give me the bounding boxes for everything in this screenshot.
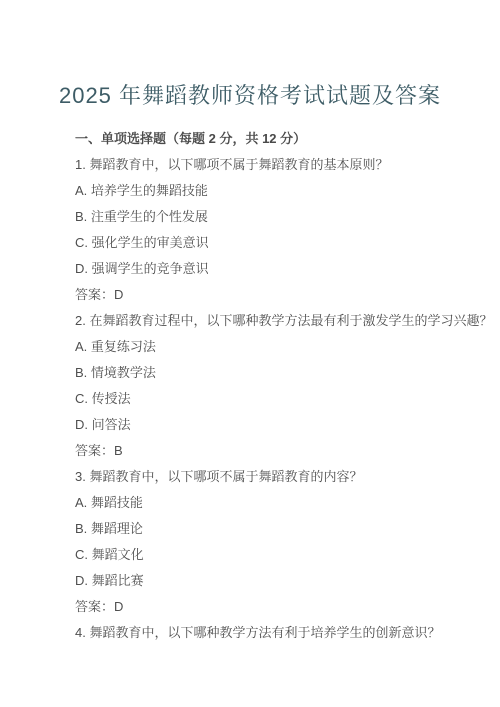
question-list: 1. 舞蹈教育中，以下哪项不属于舞蹈教育的基本原则？A. 培养学生的舞蹈技能B.… xyxy=(75,152,462,646)
exam-title: 2025 年舞蹈教师资格考试试题及答案 xyxy=(0,0,500,110)
option-line: A. 培养学生的舞蹈技能 xyxy=(75,178,462,204)
option-line: A. 重复练习法 xyxy=(75,334,462,360)
section-heading: 一、单项选择题（每题 2 分，共 12 分） xyxy=(75,126,462,152)
document-body: 一、单项选择题（每题 2 分，共 12 分） 1. 舞蹈教育中，以下哪项不属于舞… xyxy=(0,126,500,646)
answer-line: 答案：D xyxy=(75,594,462,620)
question-text: 1. 舞蹈教育中，以下哪项不属于舞蹈教育的基本原则？ xyxy=(75,152,462,178)
answer-line: 答案：D xyxy=(75,282,462,308)
option-line: B. 注重学生的个性发展 xyxy=(75,204,462,230)
option-line: D. 强调学生的竞争意识 xyxy=(75,256,462,282)
option-line: D. 舞蹈比赛 xyxy=(75,568,462,594)
question-text: 3. 舞蹈教育中，以下哪项不属于舞蹈教育的内容？ xyxy=(75,464,462,490)
option-line: C. 传授法 xyxy=(75,386,462,412)
option-line: C. 舞蹈文化 xyxy=(75,542,462,568)
option-line: C. 强化学生的审美意识 xyxy=(75,230,462,256)
option-line: A. 舞蹈技能 xyxy=(75,490,462,516)
option-line: B. 情境教学法 xyxy=(75,360,462,386)
option-line: D. 问答法 xyxy=(75,412,462,438)
document-page: 2025 年舞蹈教师资格考试试题及答案 一、单项选择题（每题 2 分，共 12 … xyxy=(0,0,500,707)
question-text: 2. 在舞蹈教育过程中，以下哪种教学方法最有利于激发学生的学习兴趣？ xyxy=(75,308,462,334)
answer-line: 答案：B xyxy=(75,438,462,464)
option-line: B. 舞蹈理论 xyxy=(75,516,462,542)
question-text: 4. 舞蹈教育中，以下哪种教学方法有利于培养学生的创新意识？ xyxy=(75,620,462,646)
